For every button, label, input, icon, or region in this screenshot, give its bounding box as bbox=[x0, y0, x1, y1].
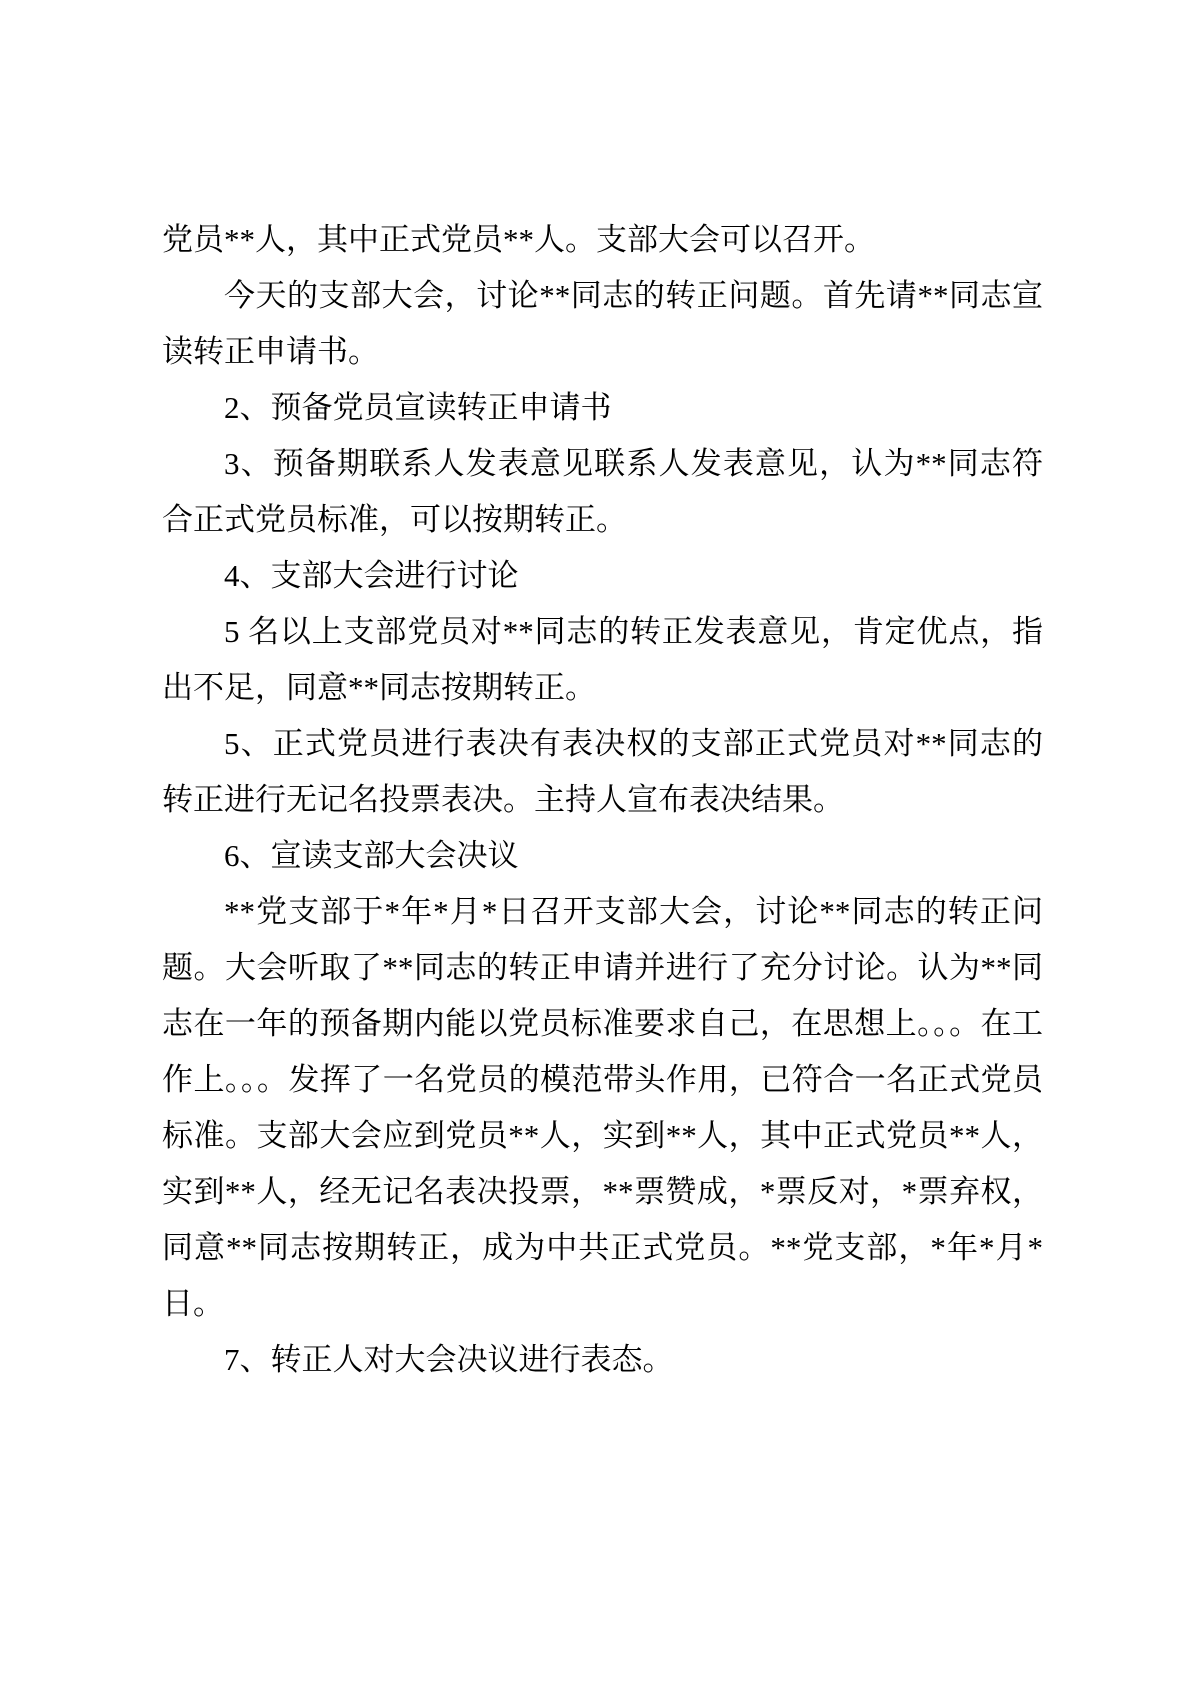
doc-paragraph: 4、支部大会进行讨论 bbox=[162, 548, 1043, 604]
document-page: 党员**人，其中正式党员**人。支部大会可以召开。今天的支部大会，讨论**同志的… bbox=[0, 0, 1190, 1683]
doc-paragraph: 5 名以上支部党员对**同志的转正发表意见，肯定优点，指出不足，同意**同志按期… bbox=[162, 604, 1043, 716]
doc-paragraph: 3、预备期联系人发表意见联系人发表意见，认为**同志符合正式党员标准，可以按期转… bbox=[162, 436, 1043, 548]
document-body: 党员**人，其中正式党员**人。支部大会可以召开。今天的支部大会，讨论**同志的… bbox=[162, 212, 1043, 1388]
doc-paragraph: 5、正式党员进行表决有表决权的支部正式党员对**同志的转正进行无记名投票表决。主… bbox=[162, 716, 1043, 828]
doc-paragraph: 今天的支部大会，讨论**同志的转正问题。首先请**同志宣读转正申请书。 bbox=[162, 268, 1043, 380]
doc-paragraph: 6、宣读支部大会决议 bbox=[162, 828, 1043, 884]
doc-paragraph: 2、预备党员宣读转正申请书 bbox=[162, 380, 1043, 436]
doc-paragraph: 党员**人，其中正式党员**人。支部大会可以召开。 bbox=[162, 212, 1043, 268]
doc-paragraph: 7、转正人对大会决议进行表态。 bbox=[162, 1332, 1043, 1388]
doc-paragraph: **党支部于*年*月*日召开支部大会，讨论**同志的转正问题。大会听取了**同志… bbox=[162, 884, 1043, 1332]
